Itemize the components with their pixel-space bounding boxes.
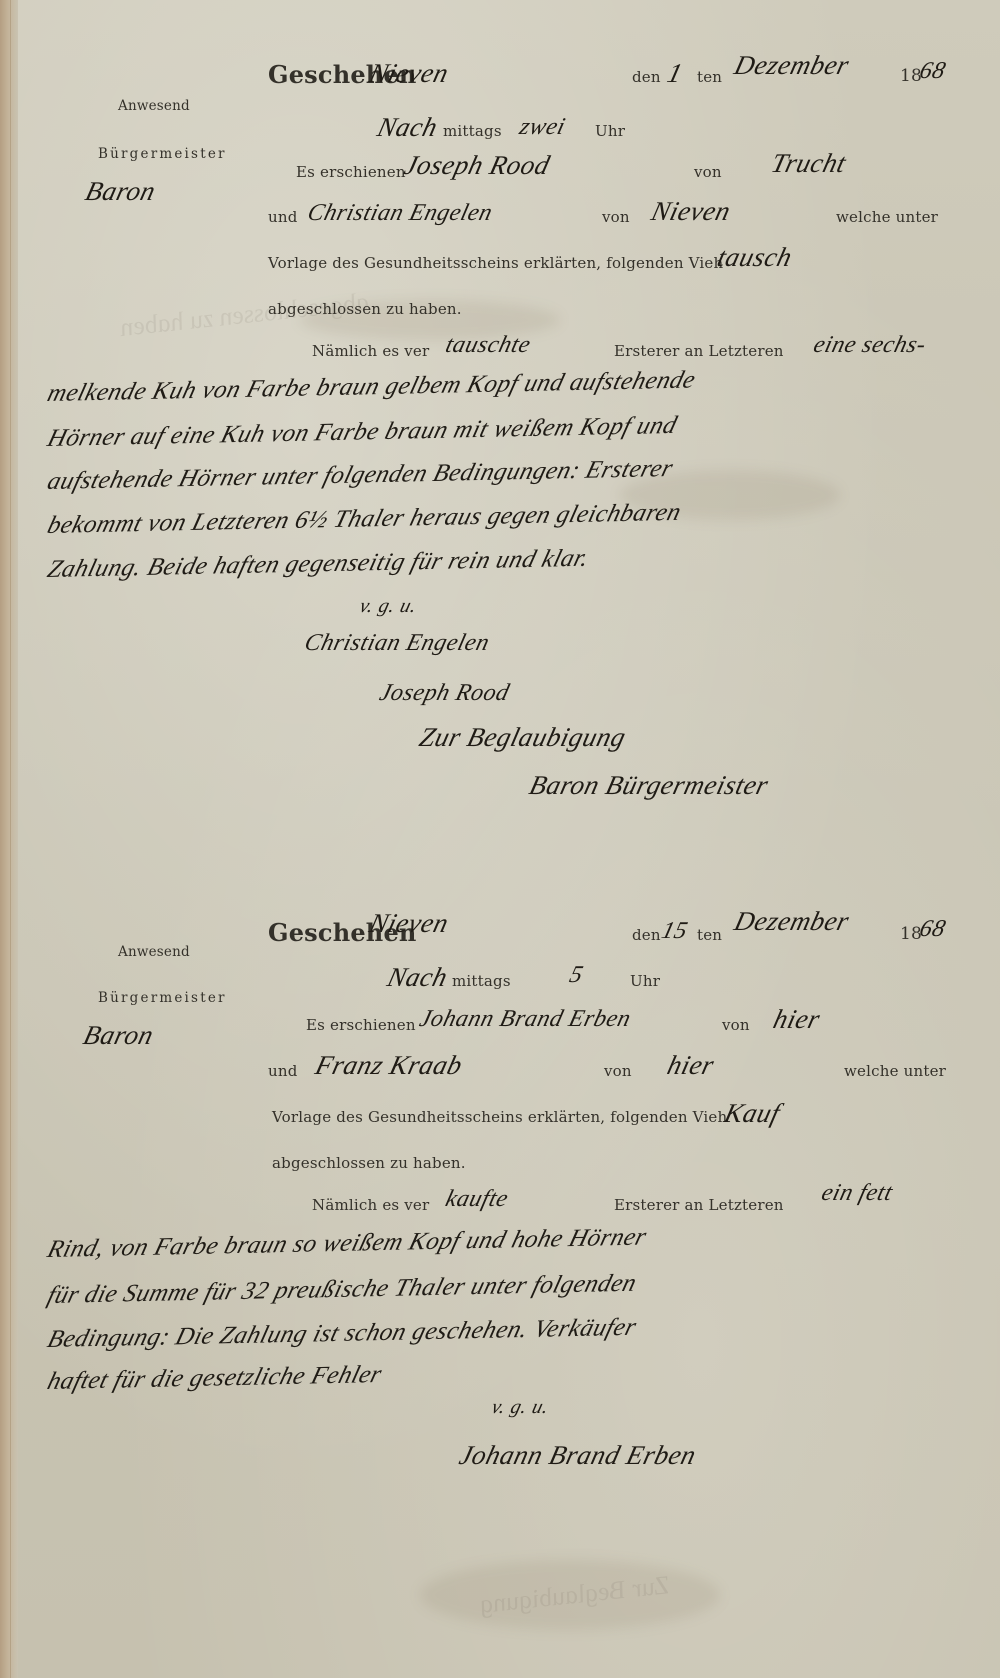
attestation-label: Zur Beglaubigung [416,722,629,753]
label-buergermeister: Bürgermeister [98,146,227,162]
entry-object-start: eine sechs- [811,332,929,359]
label-welche-unter: welche unter [844,1062,946,1080]
label-es-erschienen: Es erschienen [306,1016,416,1034]
label-vorlage: Vorlage des Gesundheitsscheins erklärten… [272,1108,727,1126]
entry-hour: zwei [517,114,568,141]
entry-body-line: Zahlung. Beide haften gegenseitig für re… [44,537,957,584]
label-uhr: Uhr [595,122,625,140]
label-mittags: mittags [452,972,511,990]
entry-place: Nieven [366,908,452,939]
party1-from: hier [770,1004,823,1035]
entry-place: Nieven [366,58,452,89]
party1-name: Joseph Rood [401,150,553,181]
entry-year-suffix: 68 [917,916,949,943]
label-und: und [268,208,298,226]
label-ten: ten [697,926,722,944]
label-abgeschlossen: abgeschlossen zu haben. [272,1154,466,1172]
party1-from: Trucht [768,148,849,179]
label-und: und [268,1062,298,1080]
entry-body-line: Rind, von Farbe braun so weißem Kopf und… [44,1217,957,1264]
party2-from: Nieven [648,196,734,227]
entry-body-line: melkende Kuh von Farbe braun gelbem Kopf… [44,361,957,408]
party2-name: Christian Engelen [305,200,496,227]
entry-body-line: Hörner auf eine Kuh von Farbe braun mit … [44,406,957,453]
label-anwesend: Anwesend [118,944,190,960]
entry-month: Dezember [731,906,852,937]
signature-party2: Christian Engelen [302,630,493,657]
signature-party1: Johann Brand Erben [456,1440,699,1471]
mayor-signature: Baron [82,176,159,207]
entry-body-line: bekommt von Letzteren 6½ Thaler heraus g… [44,493,957,540]
party2-name: Franz Kraab [312,1050,466,1081]
label-uhr: Uhr [630,972,660,990]
label-ersterer: Ersterer an Letzteren [614,1196,784,1214]
label-es-erschienen: Es erschienen [296,163,406,181]
entry-hour: 5 [567,962,586,989]
entry-deal-type: tausch [714,242,795,273]
label-von: von [694,163,722,181]
entry-body-line: Bedingung: Die Zahlung ist schon gescheh… [44,1307,957,1354]
entry-body-line: haftet für die gesetzliche Fehler [44,1349,957,1396]
attestation-signer: Baron Bürgermeister [526,770,771,801]
label-mittags: mittags [443,122,502,140]
label-von-2: von [602,208,630,226]
entry-time-prefix: Nach [384,962,451,993]
label-naemlich: Nämlich es ver [312,342,429,360]
entry-month: Dezember [731,50,852,81]
entry-verb: kaufte [443,1186,511,1213]
label-naemlich: Nämlich es ver [312,1196,429,1214]
entry-year-suffix: 68 [917,58,949,85]
label-buergermeister: Bürgermeister [98,990,227,1006]
label-ten: ten [697,68,722,86]
label-den: den [632,926,661,944]
signature-party1: Joseph Rood [377,680,513,707]
page-binding-line [10,0,11,1678]
document-page: abgeschlossen zu haben Zur Beglaubigung … [0,0,1000,1678]
label-von: von [722,1016,750,1034]
signature-prefix: v. g. u. [489,1396,551,1419]
label-anwesend: Anwesend [118,98,190,114]
label-ersterer: Ersterer an Letzteren [614,342,784,360]
page-binding-edge [0,0,18,1678]
entry-verb: tauschte [443,332,534,359]
entry-body-line: für die Summe für 32 preußische Thaler u… [44,1263,957,1310]
entry-deal-type: Kauf [721,1098,783,1129]
entry-time-prefix: Nach [374,112,441,143]
mayor-signature: Baron [80,1020,157,1051]
label-vorlage: Vorlage des Gesundheitsscheins erklärten… [268,254,723,272]
entry-day: 1 [664,58,686,89]
entry-day: 15 [659,918,691,945]
signature-prefix: v. g. u. [357,595,419,618]
party1-name: Johann Brand Erben [417,1006,634,1033]
party2-from: hier [664,1050,717,1081]
label-abgeschlossen: abgeschlossen zu haben. [268,300,462,318]
label-welche-unter: welche unter [836,208,938,226]
entry-object-start: ein fett [819,1180,896,1207]
label-von-2: von [604,1062,632,1080]
label-den: den [632,68,661,86]
